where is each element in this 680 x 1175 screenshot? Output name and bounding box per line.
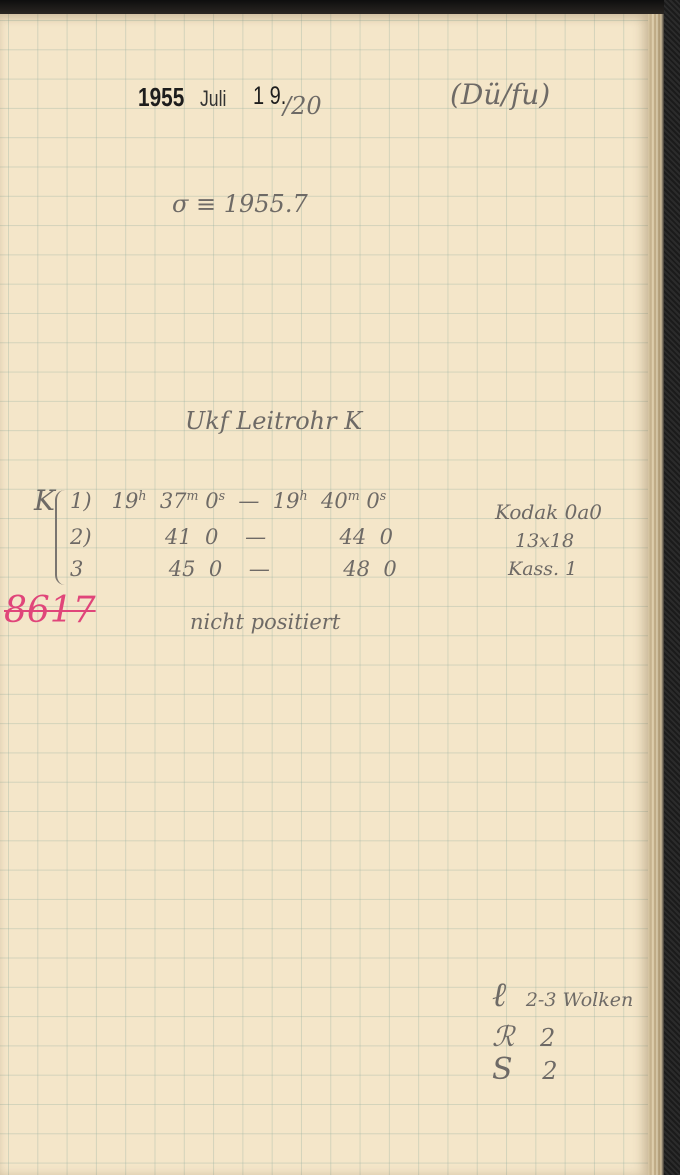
plate-number: 8617 <box>4 590 96 631</box>
instrument-title: Ukf Leitrohr K <box>185 407 362 435</box>
date-day-suffix: /20 <box>283 92 322 120</box>
plate-cassette: Kass. 1 <box>508 558 577 580</box>
epoch-line: σ ≡ 1955.7 <box>172 190 308 218</box>
exposure-row-2: 2) 41 0 — 44 0 <box>70 525 393 549</box>
weather-symbol-1: ℓ <box>492 975 506 1015</box>
page-stack-edge <box>648 14 664 1175</box>
exposure-row-3: 3 45 0 — 48 0 <box>70 557 397 581</box>
date-stamp-year: 1955 <box>138 82 184 113</box>
weather-symbol-2: ℛ <box>492 1020 514 1053</box>
exposure-row-1: 1) 19h 37m 0s — 19h 40m 0s <box>70 488 386 513</box>
remark-note: nicht positiert <box>190 610 340 634</box>
weather-note-3: S 2 <box>492 1052 557 1087</box>
exposure-brace <box>55 490 71 585</box>
notebook-top-edge <box>0 0 680 14</box>
date-stamp-day: 1 9. <box>253 82 286 111</box>
plate-type: Kodak 0a0 <box>495 500 602 524</box>
notebook-cover-edge <box>664 0 680 1175</box>
date-stamp-month: Juli <box>200 86 226 112</box>
weather-symbol-3: S <box>492 1052 513 1087</box>
exposure-group-label: K <box>34 484 55 517</box>
plate-size: 13x18 <box>515 530 574 552</box>
observer-initials: (Dü/fu) <box>450 78 550 111</box>
weather-note-2: ℛ 2 <box>492 1020 555 1053</box>
weather-note-1: ℓ 2-3 Wolken <box>492 975 633 1015</box>
